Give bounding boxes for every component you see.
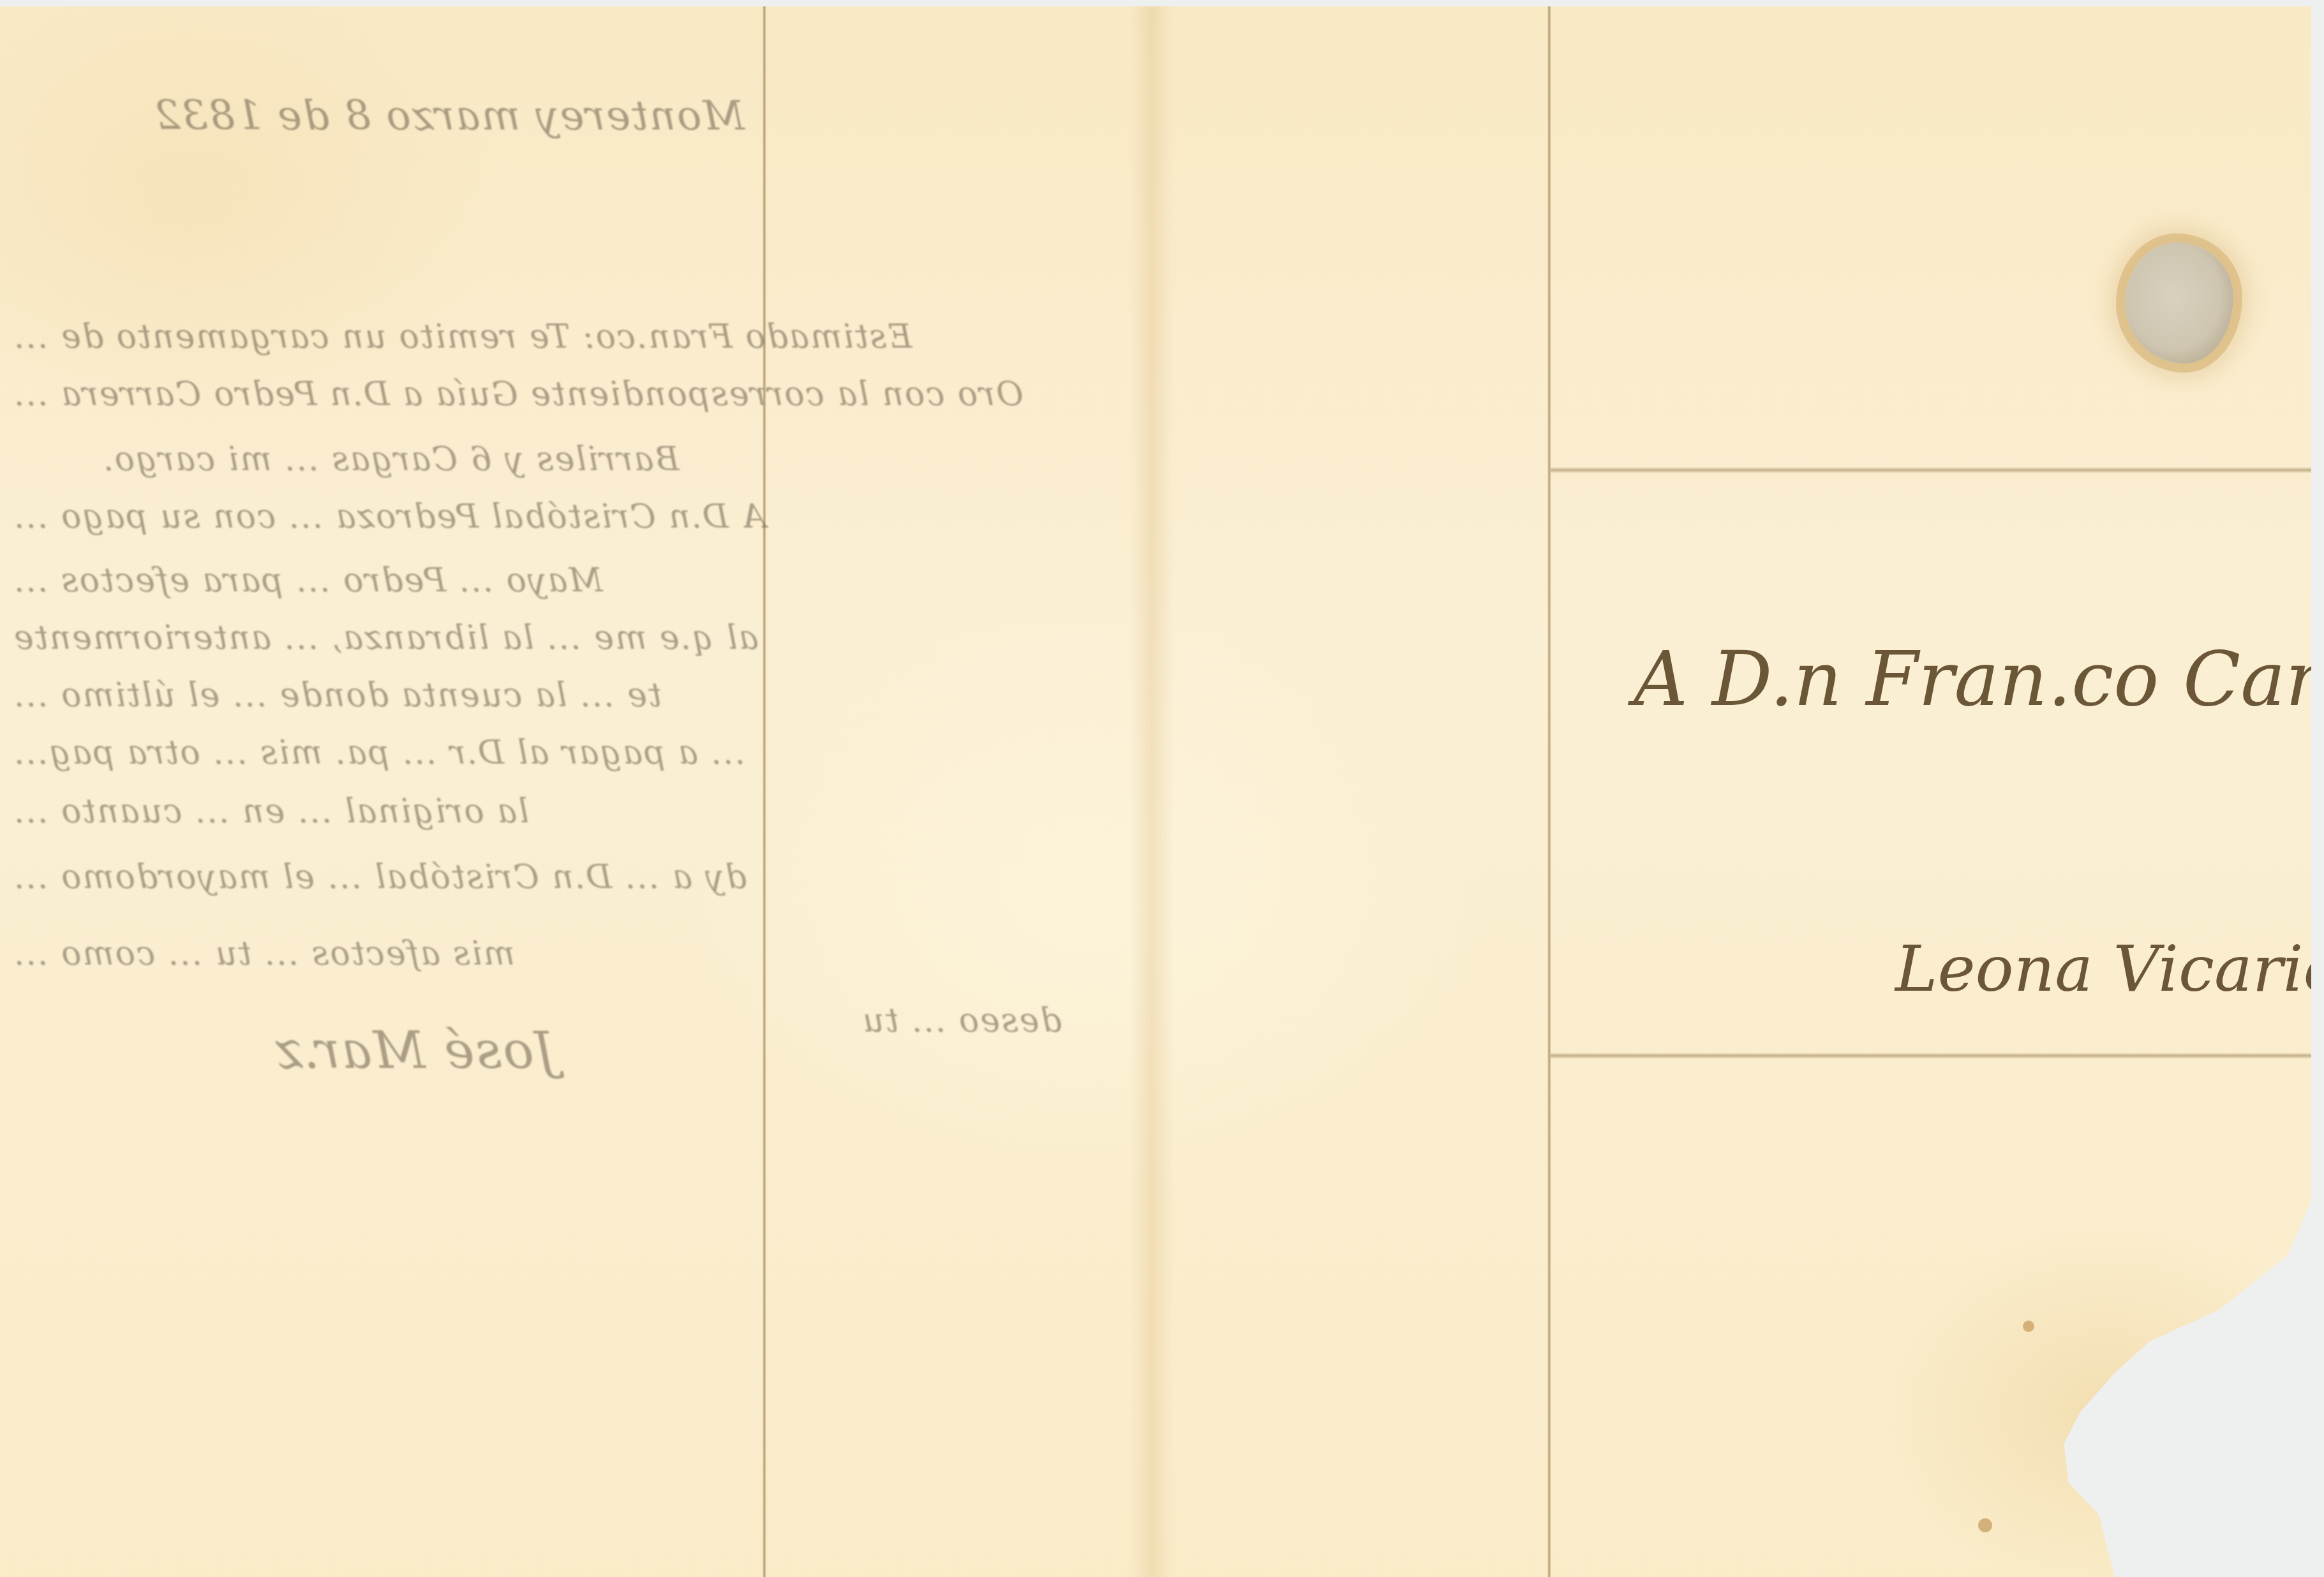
bleed-line: Oro con la correspondiente Guía a D.n Pe… (13, 375, 1024, 413)
bleed-line: deseo ... tu (861, 1002, 1062, 1040)
bleed-line: mis afectos ... tu ... como ... (13, 935, 515, 973)
bleed-line: A D.n Cristóbal Pedroza ... con su pago … (13, 498, 766, 536)
fold-line-vertical-2 (1129, 6, 1174, 1577)
bleed-line: dy a ... D.n Cristóbal ... el mayordomo … (13, 858, 747, 896)
fold-line-horizontal-1 (1551, 467, 2311, 473)
bleed-heading: Monterey marzo 8 de 1832 (153, 93, 745, 140)
bleed-line: ... a pagar al D.r ... pa. mis ... otra … (13, 734, 745, 772)
wax-seal (2125, 242, 2233, 364)
fold-line-vertical-3 (1547, 6, 1551, 1577)
stain-spot (1978, 1518, 1992, 1532)
bleed-line: Mayo ... Pedro ... para efectos ... (13, 561, 603, 600)
letter-sheet: Monterey marzo 8 de 1832 Estimado Fran.c… (0, 6, 2311, 1577)
bleed-line: Barriles y 6 Cargas ... mi cargo. (102, 440, 680, 478)
bleed-signature: José Mar.z (274, 1021, 556, 1080)
bleed-line: la original ... en ... cuanto ... (13, 792, 529, 831)
bleed-line: te ... la cuenta donde ... el último ... (13, 676, 662, 714)
address-recipient: A D.n Fran.co Careaga, (1634, 635, 2324, 723)
address-location: Leona Vicario (1895, 931, 2324, 1006)
bleed-line: al q.e me ... la libranza, ... anteriorm… (13, 619, 759, 657)
edge-stain (2106, 1346, 2233, 1557)
fold-line-vertical-1 (763, 6, 766, 1577)
stain-spot (2023, 1321, 2034, 1332)
fold-line-horizontal-2 (1551, 1053, 2311, 1059)
bleed-line: Estimado Fran.co: Te remito un cargament… (13, 318, 912, 356)
